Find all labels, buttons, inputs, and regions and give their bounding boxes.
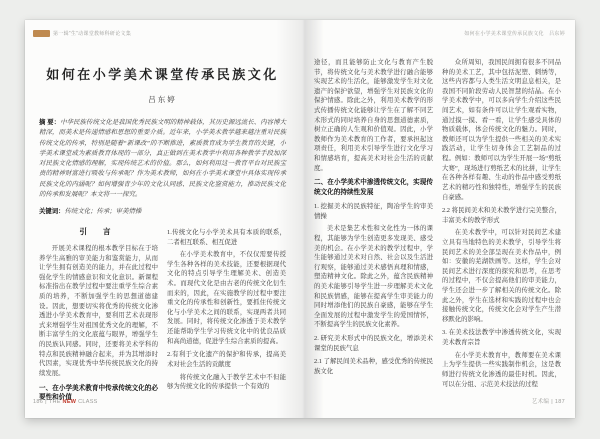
integration-paragraph: 在美术教学中，可以针对民间艺术建立具有当地特色的美术教学，引导学生将民间艺术的美… [442,228,561,324]
right-page-column-2: 众所周知，我国民间拥有很多不同品种的美术工艺，其中包括泥塑、刺绣等，这些内容都与… [442,58,561,396]
footer-right: 艺术编|187 [532,397,565,405]
intro-paragraph: 开展美术课程的根本教学目标在于培养学生高雅的审美能力和鉴赏能力，从而让学生拥有创… [39,244,158,379]
subsection-1-1-heading: 1.传统文化与小学美术具有本质的联系，二者相互联系、相互促进 [167,228,286,247]
keywords-line: 关键词：传统文化；传承；审美情操 [39,206,286,215]
running-head-right: 如何在小学美术课堂传承民族文化 吕东婷 [464,30,565,37]
page-number-left: 186 [33,399,43,405]
technique-paragraph: 在小学美术教育中，教师要在美术课上为学生提供一些实践制作机会，这是教师进行传统文… [442,351,561,389]
footer-divider-right: | [551,399,553,405]
book-spread: 第一辑“生”动课堂教师科研论文集 如何在小学美术课堂传承民族文化 吕东婷 摘 要… [25,20,575,418]
brand-new: NEW [63,399,77,405]
subsection-2-2-heading: 2. 研究美术形式中的民族文化，增添美术课堂的民族气息 [314,334,433,353]
right-page-columns: 途径，而且能够防止文化与教育产生脱节，将传统文化与美术教学进行融合能够实现艺术的… [314,58,561,396]
subsection-1-2-heading: 2.有利于文化遗产的保护和传承，提高美术对社会生活的贡献度 [167,350,286,369]
page-right: 如何在小学美术课堂传承民族文化 吕东婷 途径，而且能够防止文化与教育产生脱节，将… [300,20,575,418]
subsection-2-1-heading: 1. 挖掘美术的民族特征，陶冶学生的审美情操 [314,202,433,221]
abstract-label: 摘 要： [39,119,60,126]
subsection-2-3-heading: 3. 在美术技法教学中渗透传统文化，实现美术教育宗旨 [442,328,561,347]
continuation-paragraph: 途径，而且能够防止文化与教育产生脱节，将传统文化与美术教学进行融合能够实现艺术的… [314,58,433,173]
right-page-body: 途径，而且能够防止文化与教育产生脱节，将传统文化与美术教学进行融合能够实现艺术的… [314,20,561,396]
abstract-text: 中华民族传统文化是我国优秀民族文明的精神载体，其历史源远流长、内容博大精深，而美… [39,119,286,198]
subsection-2-2-2-heading: 2.2 将民间美术和美术教学进行完美整合，丰富美术的教学形式 [442,206,561,225]
intro-heading: 引 言 [39,226,158,237]
keywords-text: 传统文化；传承；审美情操 [65,208,142,215]
page-number-right: 187 [555,399,565,405]
subsection-2-1-paragraph: 美术是集艺术性和文化性为一体的课程，其能够为学生创造更多发现美、感受美的机会。在… [314,224,433,330]
brand-the: THE [49,399,61,405]
footer-divider: | [45,399,47,405]
right-page-column-1: 途径，而且能够防止文化与教育产生脱节，将传统文化与美术教学进行融合能够实现艺术的… [314,58,433,396]
left-page-column-1: 引 言 开展美术课程的根本教学目标在于培养学生高雅的审美能力和鉴赏能力，从而让学… [39,224,158,414]
article-title: 如何在小学美术课堂传承民族文化 [39,64,286,83]
subsection-2-2-1-heading: 2.1 了解民间美术品种，感受优秀的传统民族文化 [314,357,433,376]
subsection-1-2-paragraph: 将传统文化融入于教学艺术中不但能够为传统文化的传承提供一个有效的 [167,373,286,392]
series-badge-icon [33,30,50,37]
brand-class: CLASS [78,399,98,405]
running-head-left: 第一辑“生”动课堂教师科研论文集 [33,30,131,37]
folk-art-paragraph: 众所周知，我国民间拥有很多不同品种的美术工艺，其中包括泥塑、刺绣等，这些内容都与… [442,58,561,202]
section2-heading: 二、在小学美术中渗透传统文化，实现传统文化的持续性发展 [314,178,433,198]
footer-left: 186|THE NEW CLASS [33,399,98,405]
abstract-paragraph: 摘 要：中华民族传统文化是我国优秀民族文明的精神载体，其历史源远流长、内容博大精… [39,118,286,200]
author-name: 吕东婷 [39,94,286,105]
section-name: 艺术编 [532,399,549,405]
page-left: 第一辑“生”动课堂教师科研论文集 如何在小学美术课堂传承民族文化 吕东婷 摘 要… [25,20,300,418]
left-page-column-2: 1.传统文化与小学美术具有本质的联系，二者相互联系、相互促进 在小学美术教育中，… [167,224,286,414]
subsection-1-1-paragraph: 在小学美术教育中，不仅仅需要传授学生各种各样的美术技能，还要根据现代文化的特点引… [167,250,286,346]
left-page-body: 引 言 开展美术课程的根本教学目标在于培养学生高雅的审美能力和鉴赏能力，从而让学… [39,224,286,414]
keywords-label: 关键词： [39,208,65,215]
series-title: 第一辑“生”动课堂教师科研论文集 [53,30,131,37]
